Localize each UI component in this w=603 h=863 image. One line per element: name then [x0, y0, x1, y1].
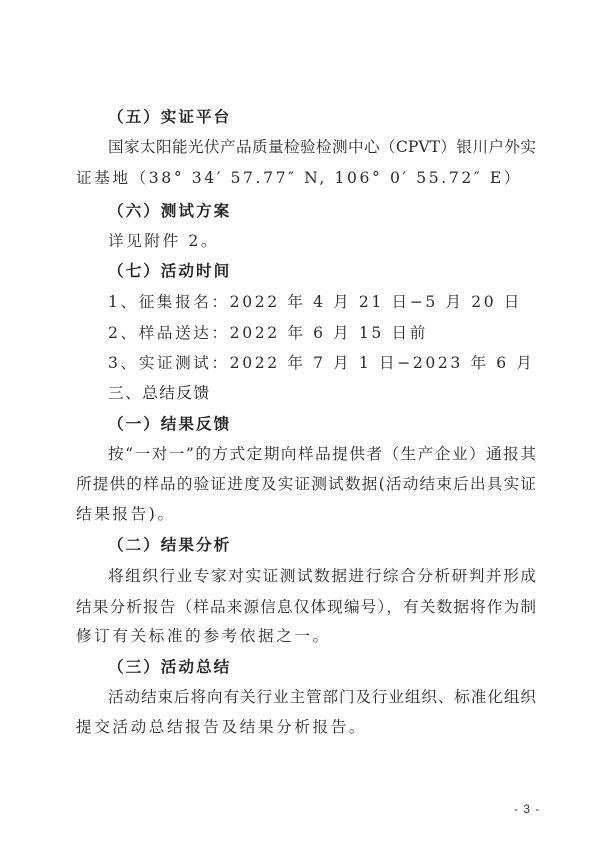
section-heading-test-plan: （六）测试方案: [108, 196, 536, 226]
schedule-item: 1、征集报名：2022 年 4 月 21 日−5 月 20 日: [108, 287, 536, 317]
paragraph-line: 修订有关标准的参考依据之一。: [76, 621, 536, 651]
document-page: （五）实证平台 国家太阳能光伏产品质量检验检测中心（CPVT）银川户外实 证基地…: [0, 0, 603, 863]
schedule-item: 3、实证测试：2022 年 7 月 1 日−2023 年 6 月 30 日: [108, 348, 536, 378]
paragraph-line: 活动结束后将向有关行业主管部门及行业组织、标准化组织: [108, 682, 536, 712]
chapter-heading-summary: 三、总结反馈: [108, 378, 536, 408]
paragraph-line: 证基地（38° 34′ 57.77″ N, 106° 0′ 55.72″ E）: [76, 163, 536, 193]
paragraph-line: 详见附件 2。: [108, 226, 536, 256]
paragraph-line: 所提供的样品的验证进度及实证测试数据(活动结束后出具实证: [76, 469, 536, 499]
section-heading-platform: （五）实证平台: [108, 102, 536, 132]
page-number: - 3 -: [514, 802, 540, 816]
section-heading-conclusion: （三）活动总结: [108, 652, 536, 682]
schedule-item: 2、样品送达：2022 年 6 月 15 日前: [108, 318, 536, 348]
paragraph-line: 按“一对一”的方式定期向样品提供者（生产企业）通报其: [108, 439, 536, 469]
section-heading-schedule: （七）活动时间: [108, 256, 536, 286]
paragraph-line: 结果报告)。: [76, 499, 536, 529]
paragraph-line: 提交活动总结报告及结果分析报告。: [76, 712, 536, 742]
paragraph-line: 结果分析报告（样品来源信息仅体现编号），有关数据将作为制: [76, 592, 536, 622]
section-heading-feedback: （一）结果反馈: [108, 409, 536, 439]
paragraph-line: 将组织行业专家对实证测试数据进行综合分析研判并形成: [108, 561, 536, 591]
paragraph-line: 国家太阳能光伏产品质量检验检测中心（CPVT）银川户外实: [108, 132, 536, 162]
section-heading-analysis: （二）结果分析: [108, 530, 536, 560]
